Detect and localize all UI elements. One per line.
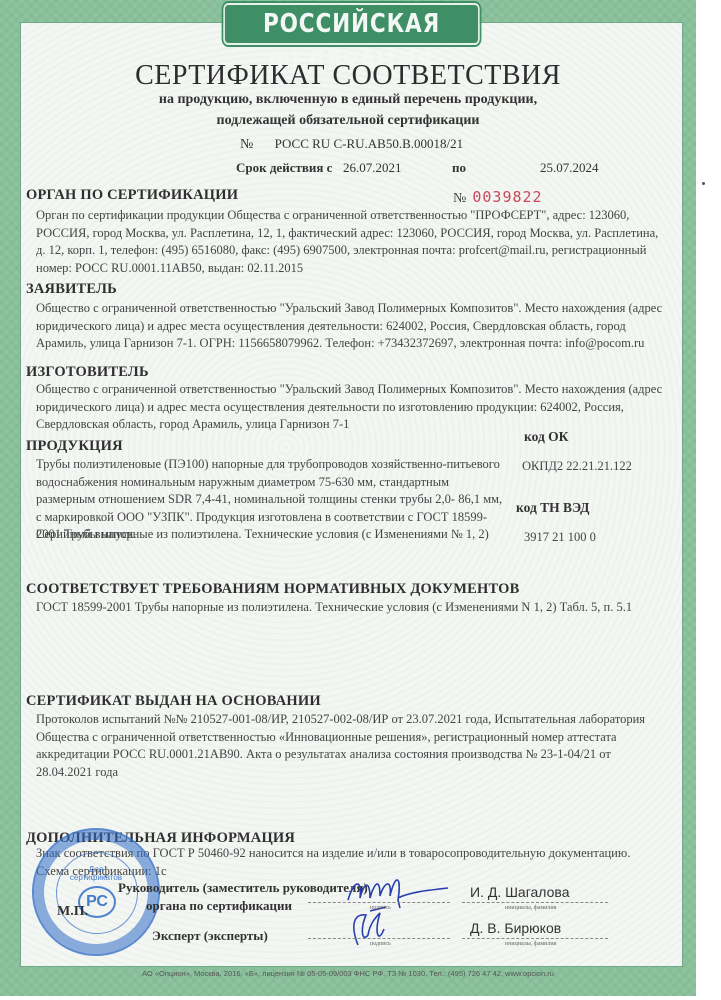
valid-from: 26.07.2021 — [343, 160, 402, 176]
validity-label: Срок действия с — [236, 160, 332, 176]
ok-code-label: код ОК — [524, 429, 568, 445]
document-title: СЕРТИФИКАТ СООТВЕТСТВИЯ — [0, 60, 696, 92]
expert-name-caption: инициалы, фамилия — [505, 941, 556, 947]
validity-to-label: по — [452, 160, 466, 176]
head-name: И. Д. Шагалова — [470, 884, 569, 900]
section-heading-certification-body: ОРГАН ПО СЕРТИФИКАЦИИ — [26, 187, 238, 204]
scan-speck — [702, 182, 705, 185]
subtitle-line-2: подлежащей обязательной сертификации — [0, 113, 696, 129]
ok-code-value: ОКПД2 22.21.21.122 — [522, 459, 632, 474]
head-label-line-2: органа по сертификации — [146, 898, 292, 914]
section-heading-manufacturer: ИЗГОТОВИТЕЛЬ — [26, 364, 149, 381]
head-label-line-1: Руководитель (заместитель руководителя) — [118, 880, 368, 896]
expert-signature-caption: подпись — [370, 941, 391, 947]
head-signature-caption: подпись — [370, 905, 391, 911]
expert-label: Эксперт (эксперты) — [152, 928, 268, 944]
number-value: РОСС RU С-RU.АВ50.В.00018/21 — [275, 136, 464, 151]
head-signature-line — [308, 902, 450, 903]
basis-text: Протоколов испытаний №№ 210527-001-08/ИР… — [36, 711, 666, 781]
expert-name: Д. В. Бирюков — [470, 920, 561, 936]
certificate-number: № РОСС RU С-RU.АВ50.В.00018/21 — [240, 136, 463, 153]
printer-footer: АО «Опцион», Москва, 2016, «Б», лицензия… — [0, 969, 696, 978]
seal-text-line-2: сертификатов — [70, 873, 122, 882]
country-banner: РОССИЙСКАЯ ФЕДЕРАЦИЯ — [223, 3, 479, 45]
head-name-caption: инициалы, фамилия — [505, 905, 556, 911]
section-heading-product: ПРОДУКЦИЯ — [26, 438, 123, 455]
applicant-text: Общество с ограниченной ответственностью… — [36, 300, 666, 353]
product-release: Серийный выпуск. — [36, 526, 504, 544]
certification-body-text: Орган по сертификации продукции Общества… — [36, 207, 666, 277]
serial-label: № — [453, 191, 466, 206]
valid-to: 25.07.2024 — [540, 160, 599, 176]
section-heading-applicant: ЗАЯВИТЕЛЬ — [26, 281, 117, 298]
tnved-code-label: код ТН ВЭД — [516, 500, 589, 516]
compliance-text: ГОСТ 18599-2001 Трубы напорные из полиэт… — [36, 599, 666, 617]
number-label: № — [240, 137, 253, 152]
head-name-line — [462, 902, 608, 903]
section-heading-compliance: СООТВЕТСТВУЕТ ТРЕБОВАНИЯМ НОРМАТИВНЫХ ДО… — [26, 581, 520, 598]
expert-name-line — [462, 938, 608, 939]
form-serial-number: №0039822 — [453, 188, 543, 207]
serial-value: 0039822 — [472, 188, 542, 206]
seal-place-label: М.П. — [57, 904, 88, 920]
manufacturer-text: Общество с ограниченной ответственностью… — [36, 381, 666, 434]
expert-signature-line — [308, 938, 450, 939]
subtitle-line-1: на продукцию, включенную в единый перече… — [0, 92, 696, 108]
section-heading-basis: СЕРТИФИКАТ ВЫДАН НА ОСНОВАНИИ — [26, 693, 321, 710]
tnved-code-value: 3917 21 100 0 — [524, 530, 596, 545]
